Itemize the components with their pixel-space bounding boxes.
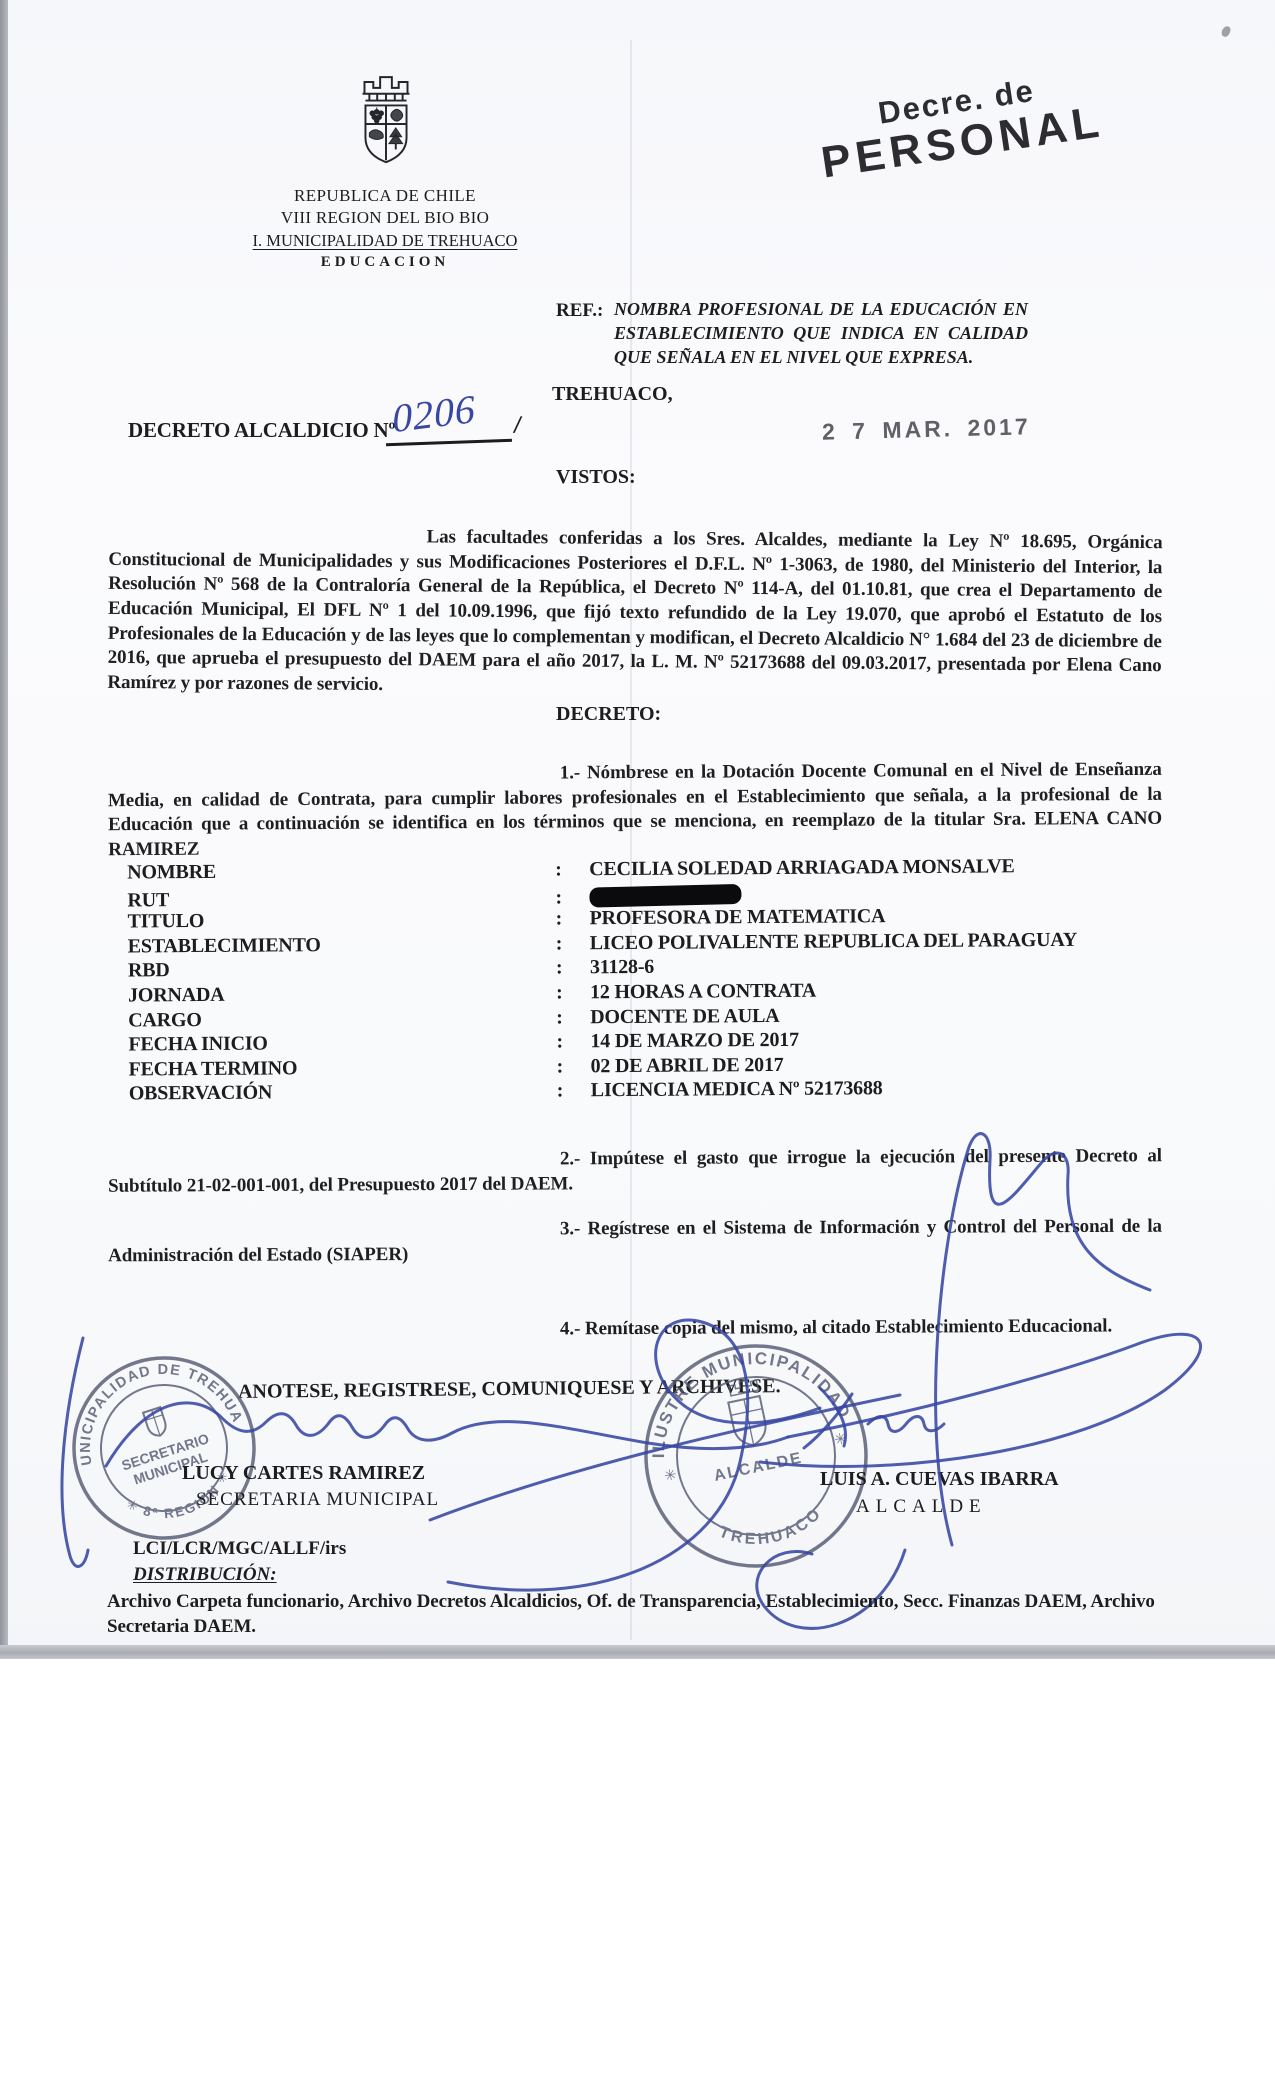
field-value: DOCENTE DE AULA xyxy=(590,1005,779,1029)
pen-stroke xyxy=(868,1417,944,1432)
handwritten-decree-number: 0206 xyxy=(391,385,477,442)
decreto-heading: DECRETO: xyxy=(556,703,661,726)
vistos-paragraph: Las facultades conferidas a los Sres. Al… xyxy=(107,523,1162,704)
article-2-number: 2.- xyxy=(560,1148,580,1169)
field-value: 14 DE MARZO DE 2017 xyxy=(590,1029,799,1053)
secretary-name: LUCY CARTES RAMIREZ xyxy=(182,1462,425,1485)
field-label: FECHA TERMINO xyxy=(129,1055,557,1081)
decree-number-slash: / xyxy=(512,410,522,441)
article-2: 2.- Impútese el gasto que irrogue la eje… xyxy=(108,1144,1162,1199)
letterhead-region: VIII REGION DEL BIO BIO xyxy=(190,208,580,228)
field-value: PROFESORA DE MATEMATICA xyxy=(589,905,885,930)
vistos-heading: VISTOS: xyxy=(556,466,636,489)
field-colon: : xyxy=(556,981,590,1004)
field-label: ESTABLECIMIENTO xyxy=(128,932,556,958)
field-colon: : xyxy=(555,907,589,930)
field-colon: : xyxy=(557,1080,591,1103)
article-1-text: Nómbrese en la Dotación Docente Comunal … xyxy=(108,759,1162,860)
alcalde-stamp-icon: ILUSTRE MUNICIPALIDAD TREHUACO ✳ ✳ ALCAL… xyxy=(614,1314,899,1599)
responsibility-initials: LCI/LCR/MGC/ALLF/irs xyxy=(133,1538,346,1560)
field-label: OBSERVACIÓN xyxy=(129,1080,557,1106)
article-3-text: Regístrese en el Sistema de Información … xyxy=(108,1216,1162,1266)
field-value: 02 DE ABRIL DE 2017 xyxy=(591,1054,784,1078)
mayor-name: LUIS A. CUEVAS IBARRA xyxy=(820,1468,1059,1491)
ref-subject-text: NOMBRA PROFESIONAL DE LA EDUCACIÓN EN ES… xyxy=(614,298,1028,369)
article-3: 3.- Regístrese en el Sistema de Informac… xyxy=(108,1215,1162,1269)
distribution-heading: DISTRIBUCIÓN: xyxy=(133,1564,277,1586)
field-value: LICENCIA MEDICA Nº 52173688 xyxy=(591,1078,883,1103)
stamp-star-right: ✳ xyxy=(833,1430,849,1449)
secretaria-municipal-stamp-icon: I. MUNICIPALIDAD DE TREHUACO ✳ 8ª REGION… xyxy=(41,1325,288,1572)
decree-number-label: DECRETO ALCALDICIO Nº xyxy=(128,418,395,443)
field-value: 31128-6 xyxy=(590,956,654,979)
field-value: LICEO POLIVALENTE REPUBLICA DEL PARAGUAY xyxy=(590,929,1077,955)
secretary-title: SECRETARIA MUNICIPAL xyxy=(196,1489,439,1511)
municipal-coat-of-arms-icon xyxy=(342,68,430,182)
stamp-center-text: ALCALDE xyxy=(712,1450,804,1485)
article-4: 4.- Remítase copia del mismo, al citado … xyxy=(108,1314,1162,1344)
field-value xyxy=(589,882,741,909)
article-1: 1.- Nómbrese en la Dotación Docente Comu… xyxy=(108,758,1163,863)
field-label: JORNADA xyxy=(128,981,556,1007)
letterhead-municipality: I. MUNICIPALIDAD DE TREHUACO xyxy=(190,231,580,251)
scanner-edge-strip xyxy=(0,0,8,1645)
letterhead-department: EDUCACION xyxy=(190,254,580,271)
scan-speck xyxy=(1220,25,1231,38)
scanned-document: REPUBLICA DE CHILE VIII REGION DEL BIO B… xyxy=(0,0,1275,1659)
field-colon: : xyxy=(557,1055,591,1078)
article-3-number: 3.- xyxy=(560,1218,580,1239)
scan-bottom-edge xyxy=(0,1645,1275,1659)
stamp-star-left: ✳ xyxy=(663,1466,679,1485)
field-label: NOMBRE xyxy=(127,859,555,885)
field-colon: : xyxy=(556,1006,590,1029)
field-label: FECHA INICIO xyxy=(128,1031,556,1057)
personnel-decree-stamp: Decre. de PERSONAL xyxy=(786,59,1135,192)
field-colon: : xyxy=(555,858,589,881)
article-4-number: 4.- xyxy=(560,1318,580,1339)
distribution-list: Archivo Carpeta funcionario, Archivo Dec… xyxy=(107,1590,1165,1639)
redacted-rut-bar xyxy=(589,883,741,907)
field-colon: : xyxy=(556,932,590,955)
field-label: CARGO xyxy=(128,1006,556,1032)
field-label: TITULO xyxy=(127,908,555,934)
letterhead-country: REPUBLICA DE CHILE xyxy=(190,186,580,206)
letterhead: REPUBLICA DE CHILE VIII REGION DEL BIO B… xyxy=(190,186,580,271)
field-colon: : xyxy=(556,1030,590,1053)
field-value: CECILIA SOLEDAD ARRIAGADA MONSALVE xyxy=(589,855,1014,881)
ref-label: REF.: xyxy=(556,300,603,322)
field-value: 12 HORAS A CONTRATA xyxy=(590,980,816,1005)
mayor-title: ALCALDE xyxy=(856,1496,987,1518)
article-2-text: Impútese el gasto que irrogue la ejecuci… xyxy=(108,1145,1162,1196)
field-label: RBD xyxy=(128,957,556,983)
field-colon: : xyxy=(556,957,590,980)
appointment-fields-table: NOMBRE:CECILIA SOLEDAD ARRIAGADA MONSALV… xyxy=(127,855,1129,1108)
article-1-number: 1.- xyxy=(560,762,580,783)
date-stamp: 2 7 MAR. 2017 xyxy=(822,413,1031,445)
field-colon: : xyxy=(555,886,589,909)
city-line: TREHUACO, xyxy=(552,383,673,406)
